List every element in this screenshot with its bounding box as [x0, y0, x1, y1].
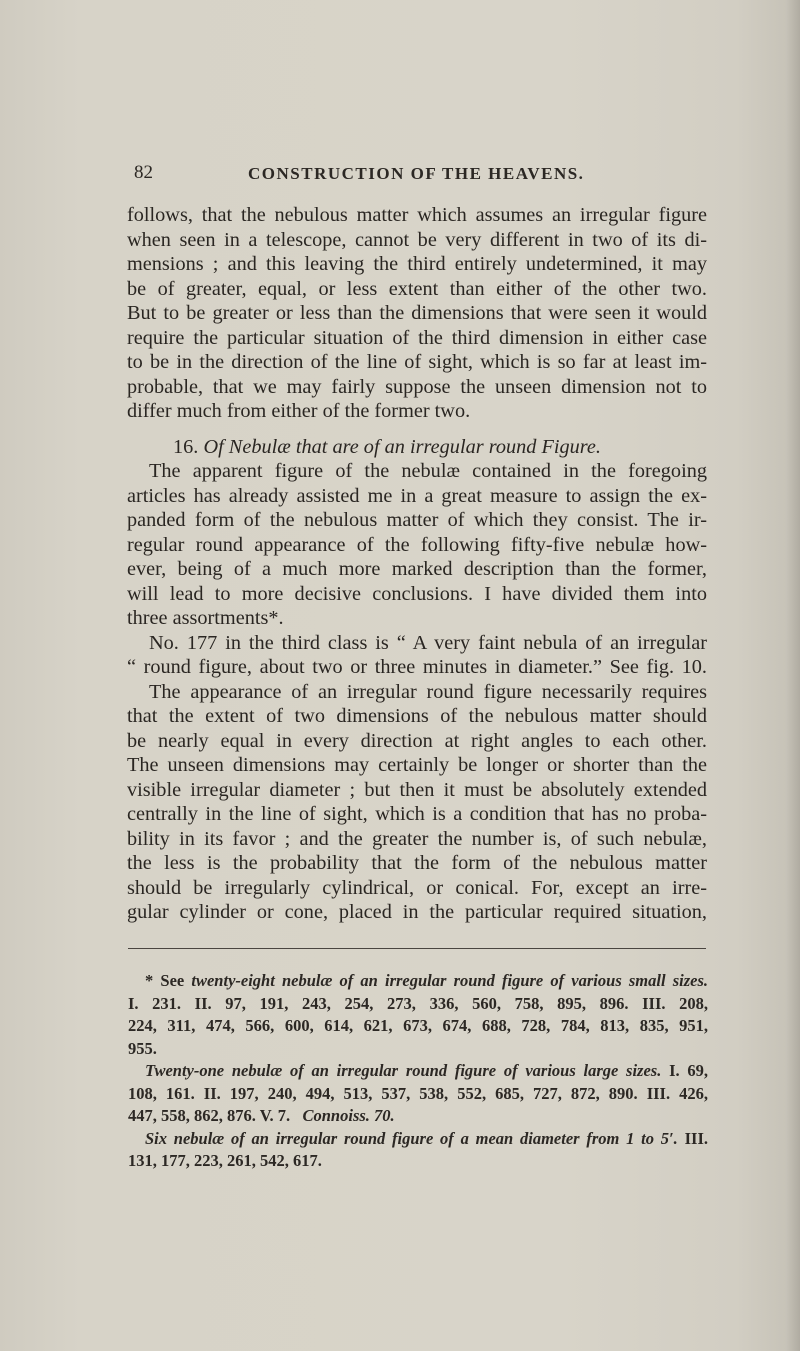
text-line: when seen in a telescope, cannot be very… — [127, 228, 707, 253]
text-line: No. 177 in the third class is “ A very f… — [127, 631, 707, 656]
footnote-intro: Twenty-one nebulæ of an irregular round … — [145, 1061, 661, 1080]
footnote-line: 131, 177, 223, 261, 542, 617. — [128, 1150, 708, 1173]
footnote-intro: twenty-eight nebulæ of an irregular roun… — [191, 971, 708, 990]
running-title: CONSTRUCTION OF THE HEAVENS. — [248, 164, 584, 184]
book-page: 82 CONSTRUCTION OF THE HEAVENS. follows,… — [0, 0, 800, 1351]
footnotes: * See twenty-eight nebulæ of an irregula… — [128, 970, 708, 1173]
text-line: bility in its favor ; and the greater th… — [127, 827, 707, 852]
text-line: three assortments*. — [127, 606, 707, 631]
text-line: panded form of the nebulous matter of wh… — [127, 508, 707, 533]
paragraph: The appearance of an irregular round fig… — [127, 680, 707, 925]
text-line: ever, being of a much more marked descri… — [127, 557, 707, 582]
text-line: But to be greater or less than the dimen… — [127, 301, 707, 326]
text-line: differ much from either of the former tw… — [127, 399, 707, 424]
page-number: 82 — [134, 162, 153, 184]
text-line: The unseen dimensions may certainly be l… — [127, 753, 707, 778]
footnote-line: 224, 311, 474, 566, 600, 614, 621, 673, … — [128, 1015, 708, 1038]
text-line: visible irregular diameter ; but then it… — [127, 778, 707, 803]
text-line: gular cylinder or cone, placed in the pa… — [127, 900, 707, 925]
section-title: Of Nebulæ that are of an irregular round… — [203, 436, 601, 458]
footnote-intro: Six nebulæ of an irregular round figure … — [145, 1129, 678, 1148]
footnote-group-large: Twenty-one nebulæ of an irregular round … — [128, 1060, 708, 1128]
footnote-ref-italic: Connoiss. 70. — [303, 1106, 395, 1125]
text-line: centrally in the line of sight, which is… — [127, 802, 707, 827]
footnote-line: Twenty-one nebulæ of an irregular round … — [128, 1060, 708, 1083]
footnote-ref: I. 69, — [669, 1061, 708, 1080]
footnote-ref: III. — [685, 1129, 708, 1148]
footnote-line: I. 231. II. 97, 191, 243, 254, 273, 336,… — [128, 993, 708, 1016]
footnote-line: 955. — [128, 1038, 708, 1061]
text-line: probable, that we may fairly suppose the… — [127, 375, 707, 400]
page-edge-shadow — [786, 0, 800, 1351]
section-heading: 16. Of Nebulæ that are of an irregular r… — [127, 435, 707, 460]
text-line: require the particular situation of the … — [127, 326, 707, 351]
paragraph: The apparent figure of the nebulæ contai… — [127, 459, 707, 631]
text-line: to be in the direction of the line of si… — [127, 350, 707, 375]
text-line: follows, that the nebulous matter which … — [127, 203, 707, 228]
text-line: articles has already assisted me in a gr… — [127, 484, 707, 509]
footnote-group-mean: Six nebulæ of an irregular round figure … — [128, 1128, 708, 1173]
footnote-divider — [128, 948, 706, 949]
paragraph: No. 177 in the third class is “ A very f… — [127, 631, 707, 680]
text-line: will lead to more decisive conclusions. … — [127, 582, 707, 607]
text-line: be nearly equal in every direction at ri… — [127, 729, 707, 754]
body-text: follows, that the nebulous matter which … — [127, 203, 707, 925]
text-line: should be irregularly cylindrical, or co… — [127, 876, 707, 901]
text-line: regular round appearance of the followin… — [127, 533, 707, 558]
footnote-line: 447, 558, 862, 876. V. 7. Connoiss. 70. — [128, 1105, 708, 1128]
footnote-marker: * See — [145, 971, 184, 990]
footnote-line: Six nebulæ of an irregular round figure … — [128, 1128, 708, 1151]
section-number: 16. — [173, 436, 198, 458]
paragraph-continuation: follows, that the nebulous matter which … — [127, 203, 707, 424]
text-line: The apparent figure of the nebulæ contai… — [127, 459, 707, 484]
text-line: be of greater, equal, or less extent tha… — [127, 277, 707, 302]
text-line: the less is the probability that the for… — [127, 851, 707, 876]
footnote-line: * See twenty-eight nebulæ of an irregula… — [128, 970, 708, 993]
text-line: mensions ; and this leaving the third en… — [127, 252, 707, 277]
footnote-line: 108, 161. II. 197, 240, 494, 513, 537, 5… — [128, 1083, 708, 1106]
text-line: “ round figure, about two or three minut… — [127, 655, 707, 680]
footnote-group-small: * See twenty-eight nebulæ of an irregula… — [128, 970, 708, 1060]
footnote-ref: 447, 558, 862, 876. V. 7. — [128, 1106, 290, 1125]
text-line: The appearance of an irregular round fig… — [127, 680, 707, 705]
text-line: that the extent of two dimensions of the… — [127, 704, 707, 729]
